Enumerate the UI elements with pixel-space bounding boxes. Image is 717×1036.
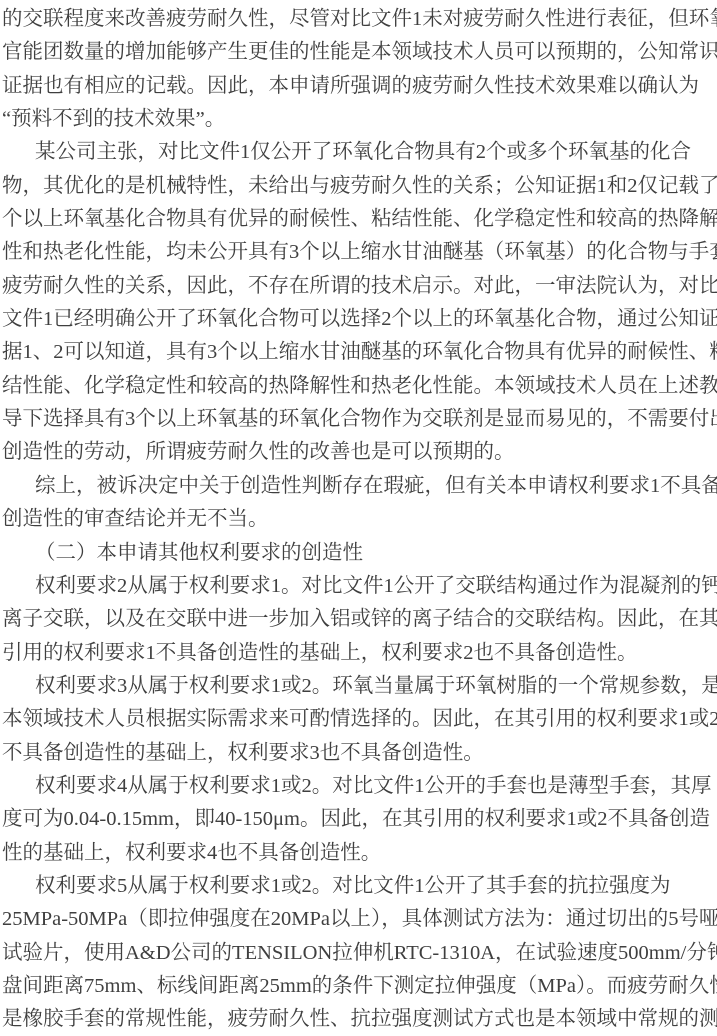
text-line: 疲劳耐久性的关系，因此，不存在所谓的技术启示。对此，一审法院认为，对比	[2, 270, 717, 303]
text-line: 25MPa-50MPa（即拉伸强度在20MPa以上），具体测试方法为：通过切出的…	[2, 903, 717, 936]
text-line: 盘间距离75mm、标线间距离25mm的条件下测定拉伸强度（MPa）。而疲劳耐久性…	[2, 970, 717, 1003]
text-line: 个以上环氧基化合物具有优异的耐候性、粘结性能、化学稳定性和较高的热降解	[2, 203, 717, 236]
text-line: 度可为0.04-0.15mm，即40-150μm。因此，在其引用的权利要求1或2…	[2, 803, 717, 836]
paragraph: 权利要求3从属于权利要求1或2。环氧当量属于环氧树脂的一个常规参数，是本领域技术…	[2, 670, 717, 770]
text-line: 性和热老化性能，均未公开具有3个以上缩水甘油醚基（环氧基）的化合物与手套	[2, 236, 717, 269]
text-line: 不具备创造性的基础上，权利要求3也不具备创造性。	[2, 737, 717, 770]
paragraph: 综上，被诉决定中关于创造性判断存在瑕疵，但有关本申请权利要求1不具备创造性的审查…	[2, 470, 717, 537]
paragraph: 某公司主张，对比文件1仅公开了环氧化合物具有2个或多个环氧基的化合物，其优化的是…	[2, 136, 717, 469]
text-line: 性的基础上，权利要求4也不具备创造性。	[2, 837, 717, 870]
paragraph: 的交联程度来改善疲劳耐久性，尽管对比文件1未对疲劳耐久性进行表征，但环氧官能团数…	[2, 3, 717, 136]
text-line: 综上，被诉决定中关于创造性判断存在瑕疵，但有关本申请权利要求1不具备	[2, 470, 717, 503]
paragraph: 权利要求2从属于权利要求1。对比文件1公开了交联结构通过作为混凝剂的钙离子交联，…	[2, 570, 717, 670]
text-line: 据1、2可以知道，具有3个以上缩水甘油醚基的环氧化合物具有优异的耐候性、粘	[2, 336, 717, 369]
text-line: 创造性的审查结论并无不当。	[2, 503, 717, 536]
text-line: 本领域技术人员根据实际需求来可酌情选择的。因此，在其引用的权利要求1或2	[2, 703, 717, 736]
text-line: 文件1已经明确公开了环氧化合物可以选择2个以上的环氧基化合物，通过公知证	[2, 303, 717, 336]
text-line: （二）本申请其他权利要求的创造性	[2, 537, 717, 570]
document-page: 的交联程度来改善疲劳耐久性，尽管对比文件1未对疲劳耐久性进行表征，但环氧官能团数…	[0, 0, 717, 1036]
text-line: 权利要求5从属于权利要求1或2。对比文件1公开了其手套的抗拉强度为	[2, 870, 717, 903]
text-line: “预料不到的技术效果”。	[2, 103, 717, 136]
text-line: 物，其优化的是机械特性，未给出与疲劳耐久性的关系；公知证据1和2仅记载了3	[2, 170, 717, 203]
text-line: 创造性的劳动，所谓疲劳耐久性的改善也是可以预期的。	[2, 436, 717, 469]
text-line: 是橡胶手套的常规性能，疲劳耐久性、抗拉强度测试方式也是本领域中常规的测	[2, 1003, 717, 1036]
text-line: 引用的权利要求1不具备创造性的基础上，权利要求2也不具备创造性。	[2, 637, 717, 670]
text-line: 权利要求2从属于权利要求1。对比文件1公开了交联结构通过作为混凝剂的钙	[2, 570, 717, 603]
text-line: 结性能、化学稳定性和较高的热降解性和热老化性能。本领域技术人员在上述教	[2, 370, 717, 403]
text-line: 的交联程度来改善疲劳耐久性，尽管对比文件1未对疲劳耐久性进行表征，但环氧	[2, 3, 717, 36]
text-line: 导下选择具有3个以上环氧基的环氧化合物作为交联剂是显而易见的，不需要付出	[2, 403, 717, 436]
text-line: 离子交联，以及在交联中进一步加入铝或锌的离子结合的交联结构。因此，在其	[2, 603, 717, 636]
text-line: 官能团数量的增加能够产生更佳的性能是本领域技术人员可以预期的，公知常识	[2, 36, 717, 69]
paragraph: 权利要求4从属于权利要求1或2。对比文件1公开的手套也是薄型手套，其厚度可为0.…	[2, 770, 717, 870]
paragraph: （二）本申请其他权利要求的创造性	[2, 537, 717, 570]
text-line: 试验片，使用A&D公司的TENSILON拉伸机RTC-1310A，在试验速度50…	[2, 937, 717, 970]
text-line: 某公司主张，对比文件1仅公开了环氧化合物具有2个或多个环氧基的化合	[2, 136, 717, 169]
paragraph: 权利要求5从属于权利要求1或2。对比文件1公开了其手套的抗拉强度为25MPa-5…	[2, 870, 717, 1036]
text-line: 证据也有相应的记载。因此，本申请所强调的疲劳耐久性技术效果难以确认为	[2, 70, 717, 103]
text-line: 权利要求4从属于权利要求1或2。对比文件1公开的手套也是薄型手套，其厚	[2, 770, 717, 803]
text-line: 权利要求3从属于权利要求1或2。环氧当量属于环氧树脂的一个常规参数，是	[2, 670, 717, 703]
